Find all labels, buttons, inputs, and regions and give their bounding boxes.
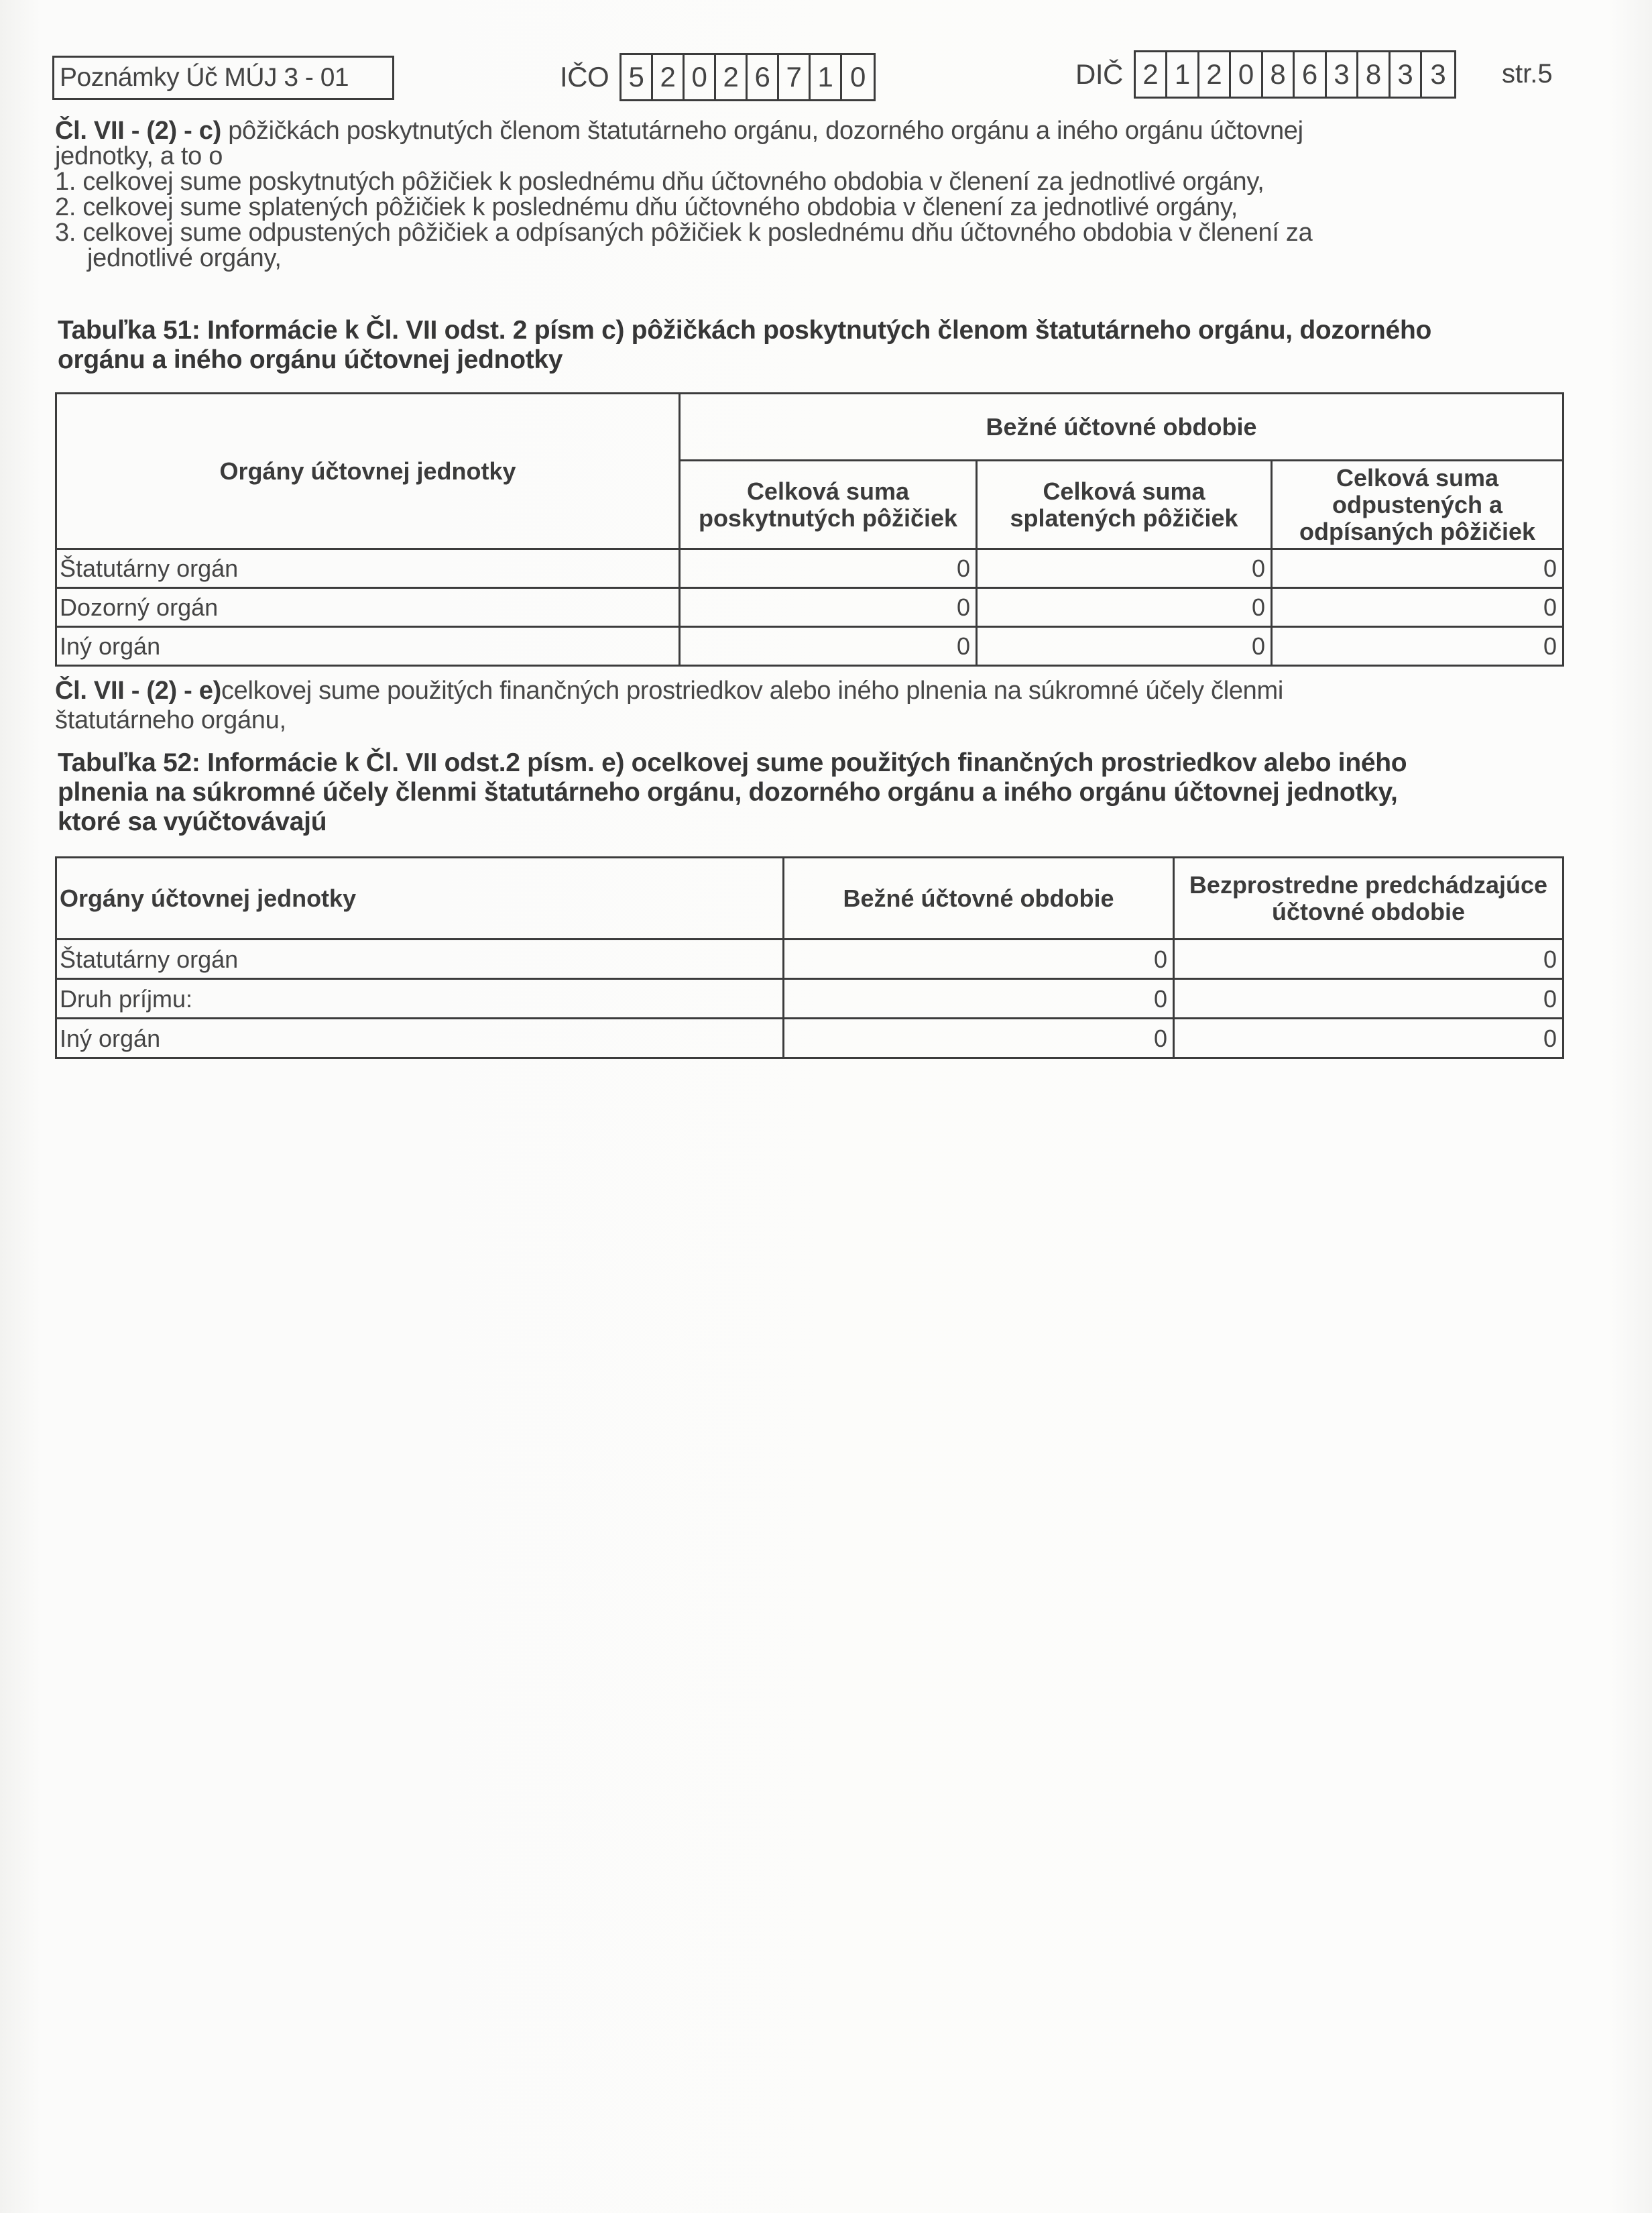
- cell-value: 0: [1272, 549, 1563, 588]
- section-e-text: Čl. VII - (2) - e)celkovej sume použitýc…: [55, 678, 1570, 733]
- table51-row-header: Orgány účtovnej jednotky: [56, 394, 680, 549]
- ico-digit: 5: [622, 55, 653, 99]
- ico-digit: 0: [842, 55, 874, 99]
- dic-digit: 1: [1167, 52, 1199, 97]
- table51-col-repaid: Celková suma splatených pôžičiek: [977, 461, 1272, 549]
- table52-col-previous: Bezprostredne predchádzajúce účtovné obd…: [1174, 858, 1563, 940]
- table51-col-forgiven: Celková suma odpustených a odpísaných pô…: [1272, 461, 1563, 549]
- table-row: Druh príjmu: 0 0: [56, 979, 1563, 1019]
- cell-value: 0: [784, 979, 1174, 1019]
- section-c-heading-bold: Čl. VII - (2) - c): [55, 117, 221, 145]
- table-row: Štatutárny orgán 0 0: [56, 940, 1563, 979]
- table-row: Dozorný orgán 0 0 0: [56, 588, 1563, 627]
- table51-caption: Tabuľka 51: Informácie k Čl. VII odst. 2…: [58, 316, 1586, 375]
- table52-caption-line: Tabuľka 52: Informácie k Čl. VII odst.2 …: [58, 748, 1586, 778]
- cell-value: 0: [784, 1019, 1174, 1058]
- cell-value: 0: [1272, 588, 1563, 627]
- cell-value: 0: [1272, 627, 1563, 666]
- ico-digit: 2: [653, 55, 685, 99]
- dic-digit: 8: [1263, 52, 1295, 97]
- cell-value: 0: [1174, 1019, 1563, 1058]
- dic-digit: 3: [1422, 52, 1454, 97]
- cell-value: 0: [680, 549, 977, 588]
- section-c-heading: Čl. VII - (2) - c) pôžičkách poskytnutýc…: [55, 118, 1570, 144]
- ico-digit: 0: [685, 55, 716, 99]
- cell-value: 0: [977, 627, 1272, 666]
- table51-group-header: Bežné účtovné obdobie: [680, 394, 1563, 461]
- ico-label: IČO: [560, 61, 609, 93]
- section-e-heading-bold: Čl. VII - (2) - e): [55, 677, 221, 705]
- dic-digit-boxes: 2 1 2 0 8 6 3 8 3 3: [1134, 50, 1456, 99]
- table-row: Štatutárny orgán 0 0 0: [56, 549, 1563, 588]
- cell-value: 0: [1174, 940, 1563, 979]
- table51-caption-line: orgánu a iného orgánu účtovnej jednotky: [58, 345, 1586, 375]
- table52-col-current: Bežné účtovné obdobie: [784, 858, 1174, 940]
- section-e-heading: Čl. VII - (2) - e)celkovej sume použitýc…: [55, 678, 1570, 707]
- section-c-item-1: 1. celkovej sume poskytnutých pôžičiek k…: [55, 169, 1570, 194]
- cell-value: 0: [977, 588, 1272, 627]
- page-number: str.5: [1502, 59, 1553, 89]
- section-c-item-3: 3. celkovej sume odpustených pôžičiek a …: [55, 220, 1570, 245]
- table51-col-provided: Celková suma poskytnutých pôžičiek: [680, 461, 977, 549]
- table-row: Iný orgán 0 0: [56, 1019, 1563, 1058]
- table52-caption-line: plnenia na súkromné účely členmi štatutá…: [58, 778, 1586, 807]
- form-code-box: Poznámky Úč MÚJ 3 - 01: [52, 56, 394, 100]
- cell-value: 0: [977, 549, 1272, 588]
- row-label: Štatutárny orgán: [56, 940, 784, 979]
- dic-digit: 2: [1136, 52, 1168, 97]
- cell-value: 0: [680, 627, 977, 666]
- scanned-page: Poznámky Úč MÚJ 3 - 01 IČO 5 2 0 2 6 7 1…: [0, 0, 1652, 2213]
- dic-digit: 3: [1391, 52, 1423, 97]
- dic-digit: 3: [1327, 52, 1359, 97]
- section-c-heading-cont: jednotky, a to o: [55, 144, 1570, 169]
- ico-digit: 1: [811, 55, 842, 99]
- section-c-item-2: 2. celkovej sume splatených pôžičiek k p…: [55, 194, 1570, 220]
- ico-digit-boxes: 5 2 0 2 6 7 1 0: [619, 53, 876, 101]
- dic-digit: 6: [1295, 52, 1327, 97]
- table52-caption-line: ktoré sa vyúčtovávajú: [58, 807, 1586, 837]
- section-e-heading-text: celkovej sume použitých finančných prost…: [221, 677, 1283, 705]
- row-label: Dozorný orgán: [56, 588, 680, 627]
- section-e-heading-cont: štatutárneho orgánu,: [55, 707, 1570, 733]
- section-c-heading-text: pôžičkách poskytnutých členom štatutárne…: [221, 117, 1303, 145]
- ico-digit: 6: [748, 55, 779, 99]
- dic-label: DIČ: [1075, 58, 1123, 91]
- table51-caption-line: Tabuľka 51: Informácie k Čl. VII odst. 2…: [58, 316, 1586, 345]
- row-label: Iný orgán: [56, 627, 680, 666]
- dic-field: DIČ 2 1 2 0 8 6 3 8 3 3: [1075, 50, 1456, 99]
- dic-digit: 2: [1199, 52, 1232, 97]
- row-label: Druh príjmu:: [56, 979, 784, 1019]
- form-code: Poznámky Úč MÚJ 3 - 01: [60, 63, 349, 92]
- table-52: Orgány účtovnej jednotky Bežné účtovné o…: [55, 856, 1564, 1059]
- section-c-item-3-cont: jednotlivé orgány,: [55, 245, 1570, 271]
- row-label: Štatutárny orgán: [56, 549, 680, 588]
- ico-field: IČO 5 2 0 2 6 7 1 0: [560, 53, 876, 101]
- table-row: Iný orgán 0 0 0: [56, 627, 1563, 666]
- dic-digit: 0: [1231, 52, 1263, 97]
- table52-row-header: Orgány účtovnej jednotky: [56, 858, 784, 940]
- cell-value: 0: [680, 588, 977, 627]
- dic-digit: 8: [1358, 52, 1391, 97]
- cell-value: 0: [1174, 979, 1563, 1019]
- table-51: Orgány účtovnej jednotky Bežné účtovné o…: [55, 392, 1564, 667]
- table52-caption: Tabuľka 52: Informácie k Čl. VII odst.2 …: [58, 748, 1586, 837]
- row-label: Iný orgán: [56, 1019, 784, 1058]
- cell-value: 0: [784, 940, 1174, 979]
- ico-digit: 2: [716, 55, 748, 99]
- section-c-text: Čl. VII - (2) - c) pôžičkách poskytnutýc…: [55, 118, 1570, 271]
- ico-digit: 7: [779, 55, 811, 99]
